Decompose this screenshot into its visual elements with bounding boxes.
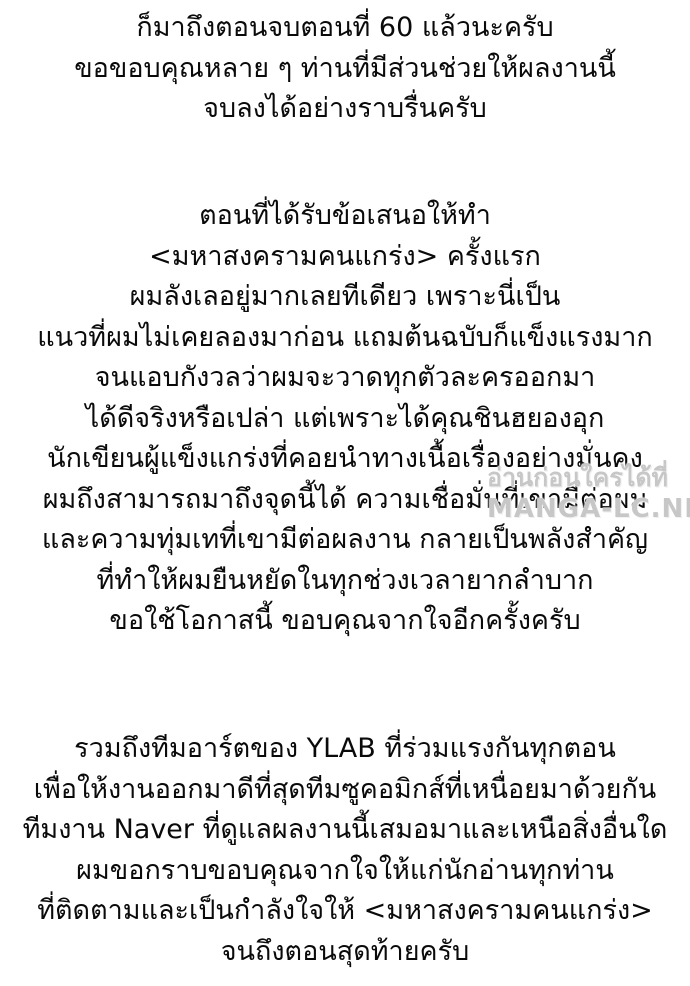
text-line: เพื่อให้งานออกมาดีที่สุดทีมซูคอมิกส์ที่เ… [0,770,690,811]
paragraph-main: ตอนที่ได้รับข้อเสนอให้ทำ<มหาสงครามคนแกร่… [0,196,690,642]
text-line: ทีมงาน Naver ที่ดูแลผลงานนี้เสมอมาและเหน… [0,810,690,851]
text-line: ผมขอกราบขอบคุณจากใจให้แก่นักอ่านทุกท่าน [0,851,690,892]
text-line: นักเขียนผู้แข็งแกร่งที่คอยนำทางเนื้อเรื่… [0,439,690,480]
text-line: ขอขอบคุณหลาย ๆ ท่านที่มีส่วนช่วยให้ผลงาน… [0,49,690,90]
text-line: และความทุ่มเทที่เขามีต่อผลงาน กลายเป็นพล… [0,520,690,561]
text-line: จนถึงตอนสุดท้ายครับ [0,932,690,973]
paragraph-credits: รวมถึงทีมอาร์ตของ YLAB ที่ร่วมแรงกันทุกต… [0,729,690,972]
text-line: ที่ติดตามและเป็นกำลังใจให้ <มหาสงครามคนแ… [0,891,690,932]
paragraph-opening: ก็มาถึงตอนจบตอนที่ 60 แล้วนะครับขอขอบคุณ… [0,8,690,130]
text-line: ก็มาถึงตอนจบตอนที่ 60 แล้วนะครับ [0,8,690,49]
text-line: แนวที่ผมไม่เคยลองมาก่อน แถมต้นฉบับก็แข็ง… [0,318,690,359]
text-line: จบลงได้อย่างราบรื่นครับ [0,89,690,130]
text-line: <มหาสงครามคนแกร่ง> ครั้งแรก [0,237,690,278]
text-line: ได้ดีจริงหรือเปล่า แต่เพราะได้คุณชินฮยอง… [0,399,690,440]
text-line: ขอใช้โอกาสนี้ ขอบคุณจากใจอีกครั้งครับ [0,601,690,642]
text-line: จนแอบกังวลว่าผมจะวาดทุกตัวละครออกมา [0,358,690,399]
text-line: รวมถึงทีมอาร์ตของ YLAB ที่ร่วมแรงกันทุกต… [0,729,690,770]
text-line: ตอนที่ได้รับข้อเสนอให้ทำ [0,196,690,237]
text-line: ผมถึงสามารถมาถึงจุดนี้ได้ ความเชื่อมั่นท… [0,480,690,521]
text-line: ผมลังเลอยู่มากเลยทีเดียว เพราะนี่เป็น [0,277,690,318]
afterword-page: ก็มาถึงตอนจบตอนที่ 60 แล้วนะครับขอขอบคุณ… [0,0,690,986]
text-line: ที่ทำให้ผมยืนหยัดในทุกช่วงเวลายากลำบาก [0,561,690,602]
